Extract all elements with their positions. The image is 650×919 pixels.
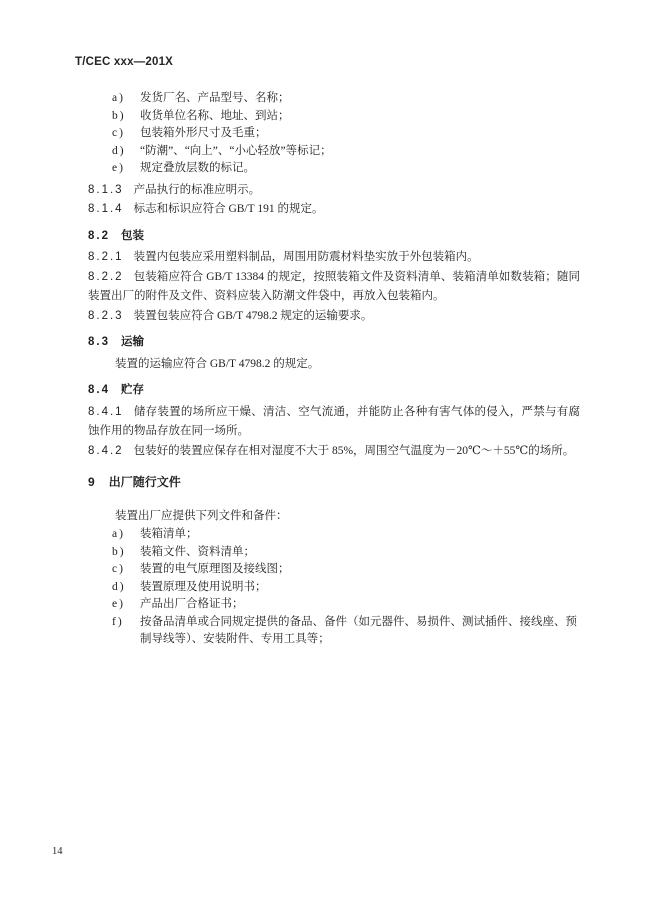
clause-number: 8.2.1 (88, 251, 134, 263)
list-marker: a) (112, 90, 140, 108)
list-item-text: 包装箱外形尺寸及毛重； (140, 125, 580, 143)
clause-8-4-2: 8.4.2包装好的装置应保存在相对湿度不大于 85%，周围空气温度为－20℃～＋… (88, 442, 580, 462)
section-number: 8.4 (88, 384, 121, 396)
section-title: 运输 (121, 336, 144, 348)
list-item-text: “防潮”、“向上”、“小心轻放”等标记； (140, 143, 580, 161)
list-marker: e) (112, 160, 140, 178)
section-number: 8.3 (88, 336, 121, 348)
clause-8-2-1: 8.2.1装置内包装应采用塑料制品，周围用防震材料垫实放于外包装箱内。 (88, 248, 580, 268)
document-page: T/CEC xxx—201X a)发货厂名、产品型号、名称； b)收货单位名称、… (0, 0, 650, 919)
section-title: 贮存 (121, 384, 144, 396)
list-item: a)装箱清单； (112, 526, 580, 544)
clause-number: 8.4.2 (88, 445, 134, 457)
chapter-title: 出厂随行文件 (109, 475, 181, 489)
list-marker: a) (112, 526, 140, 544)
list-item: b)收货单位名称、地址、到站； (112, 108, 580, 126)
list-marker: c) (112, 561, 140, 579)
clause-number: 8.2.2 (88, 271, 134, 283)
section-heading-8-2: 8.2包装 (88, 227, 580, 247)
clause-number: 8.1.3 (88, 184, 134, 196)
section-heading-8-3: 8.3运输 (88, 333, 580, 353)
section-heading-8-4: 8.4贮存 (88, 381, 580, 401)
list-marker: d) (112, 579, 140, 597)
factory-documents-list: a)装箱清单； b)装箱文件、资料清单； c)装置的电气原理图及接线图； d)装… (88, 526, 580, 649)
clause-8-1-4: 8.1.4标志和标识应符合 GB/T 191 的规定。 (88, 200, 580, 220)
list-item-text: 收货单位名称、地址、到站； (140, 108, 580, 126)
clause-text: 储存装置的场所应干燥、清洁、空气流通，并能防止各种有害气体的侵入，严禁与有腐蚀作… (88, 406, 580, 438)
list-item: d)装置原理及使用说明书； (112, 579, 580, 597)
marking-requirements-list: a)发货厂名、产品型号、名称； b)收货单位名称、地址、到站； c)包装箱外形尺… (88, 90, 580, 178)
clause-8-2-2: 8.2.2包装箱应符合 GB/T 13384 的规定，按照装箱文件及资料清单、装… (88, 268, 580, 307)
list-item-text: 发货厂名、产品型号、名称； (140, 90, 580, 108)
list-item-text: 规定叠放层数的标记。 (140, 160, 580, 178)
list-item-text: 装箱文件、资料清单； (140, 544, 580, 562)
section-title: 包装 (121, 230, 144, 242)
list-item: b)装箱文件、资料清单； (112, 544, 580, 562)
document-content: a)发货厂名、产品型号、名称； b)收货单位名称、地址、到站； c)包装箱外形尺… (88, 90, 580, 649)
clause-number: 8.1.4 (88, 203, 134, 215)
chapter-number: 9 (88, 475, 109, 489)
clause-text: 产品执行的标准应明示。 (134, 184, 261, 196)
list-marker: e) (112, 596, 140, 614)
paragraph-transport: 装置的运输应符合 GB/T 4798.2 的规定。 (88, 355, 580, 375)
page-number: 14 (52, 846, 63, 857)
list-marker: f) (112, 614, 140, 649)
clause-text: 装置内包装应采用塑料制品，周围用防震材料垫实放于外包装箱内。 (134, 251, 479, 263)
list-item: c)装置的电气原理图及接线图； (112, 561, 580, 579)
list-item-text: 按备品清单或合同规定提供的备品、备件（如元器件、易损件、测试插件、接线座、预制导… (140, 614, 580, 649)
clause-number: 8.2.3 (88, 310, 134, 322)
list-item: c)包装箱外形尺寸及毛重； (112, 125, 580, 143)
clause-text: 装置包装应符合 GB/T 4798.2 规定的运输要求。 (134, 310, 373, 322)
list-item: f)按备品清单或合同规定提供的备品、备件（如元器件、易损件、测试插件、接线座、预… (112, 614, 580, 649)
clause-8-4-1: 8.4.1储存装置的场所应干燥、清洁、空气流通，并能防止各种有害气体的侵入，严禁… (88, 403, 580, 442)
list-marker: c) (112, 125, 140, 143)
standard-number-header: T/CEC xxx—201X (75, 56, 173, 68)
clause-number: 8.4.1 (88, 406, 134, 418)
chapter-heading-9: 9出厂随行文件 (88, 473, 580, 493)
list-item-text: 装箱清单； (140, 526, 580, 544)
list-marker: b) (112, 108, 140, 126)
list-marker: b) (112, 544, 140, 562)
list-item: a)发货厂名、产品型号、名称； (112, 90, 580, 108)
clause-8-1-3: 8.1.3产品执行的标准应明示。 (88, 181, 580, 201)
paragraph-documents-intro: 装置出厂应提供下列文件和备件： (88, 507, 580, 527)
list-item: d)“防潮”、“向上”、“小心轻放”等标记； (112, 143, 580, 161)
list-marker: d) (112, 143, 140, 161)
list-item: e)产品出厂合格证书； (112, 596, 580, 614)
clause-8-2-3: 8.2.3装置包装应符合 GB/T 4798.2 规定的运输要求。 (88, 307, 580, 327)
clause-text: 包装好的装置应保存在相对湿度不大于 85%，周围空气温度为－20℃～＋55℃的场… (134, 445, 575, 457)
clause-text: 包装箱应符合 GB/T 13384 的规定，按照装箱文件及资料清单、装箱清单如数… (88, 271, 580, 303)
clause-text: 标志和标识应符合 GB/T 191 的规定。 (134, 203, 324, 215)
list-item: e)规定叠放层数的标记。 (112, 160, 580, 178)
list-item-text: 装置原理及使用说明书； (140, 579, 580, 597)
list-item-text: 装置的电气原理图及接线图； (140, 561, 580, 579)
section-number: 8.2 (88, 230, 121, 242)
list-item-text: 产品出厂合格证书； (140, 596, 580, 614)
